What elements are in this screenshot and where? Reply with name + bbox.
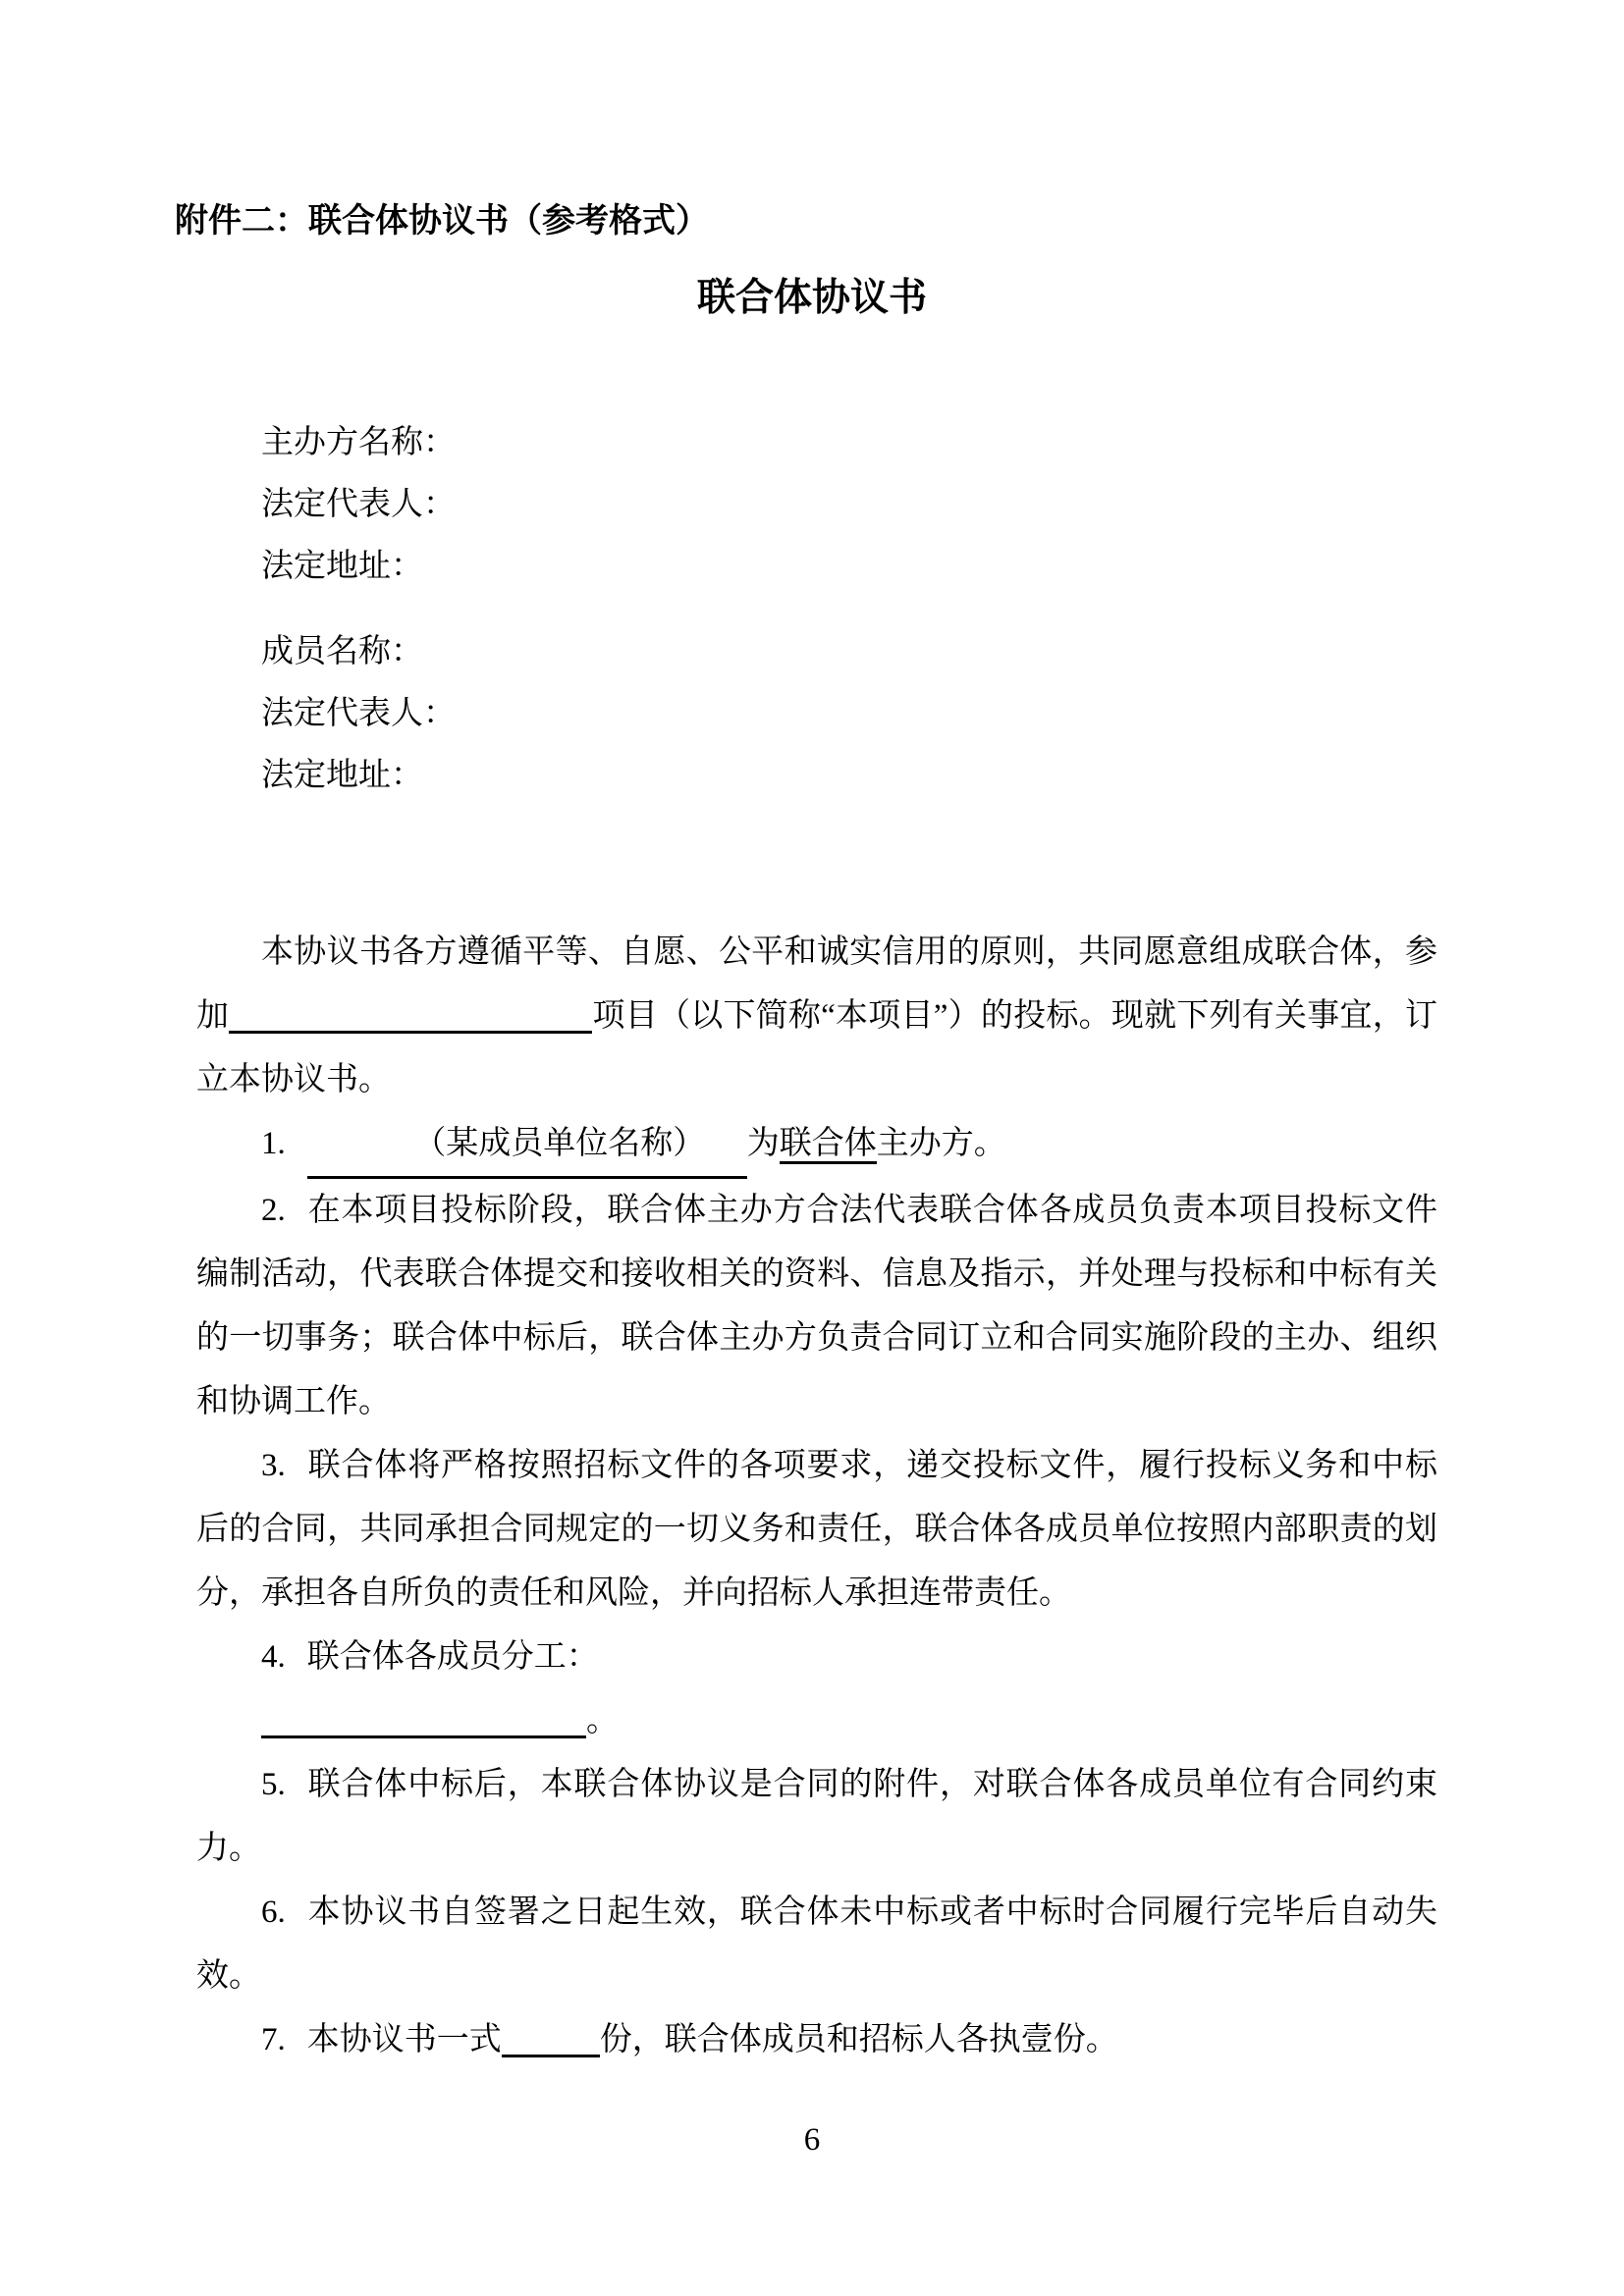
member-name-blank: （某成员单位名称） [307,1112,747,1179]
page-number: 6 [0,2120,1624,2160]
clause-1: 1.（某成员单位名称）为联合体主办方。 [196,1112,1437,1179]
clause-2-text: 在本项目投标阶段，联合体主办方合法代表联合体各成员负责本项目投标文件编制活动，代… [196,1193,1437,1419]
clause-7-text-after: 份，联合体成员和招标人各执壹份。 [600,2022,1118,2057]
attachment-heading: 附件二：联合体协议书（参考格式） [175,201,709,242]
project-name-blank [229,998,592,1034]
clause-3: 3.联合体将严格按照招标文件的各项要求，递交投标文件，履行投标义务和中标后的合同… [196,1434,1437,1626]
clause-5: 5.联合体中标后，本联合体协议是合同的附件，对联合体各成员单位有合同约束力。 [196,1753,1437,1881]
clause-6-number: 6. [261,1895,286,1930]
clause-3-number: 3. [261,1448,286,1483]
clause-1-underlined: 联合体 [780,1126,877,1164]
agreement-body: 本协议书各方遵循平等、自愿、公平和诚实信用的原则，共同愿意组成联合体，参加项目（… [196,921,1437,2072]
clause-4-blank-line: 。 [196,1689,1437,1753]
clause-5-text: 联合体中标后，本联合体协议是合同的附件，对联合体各成员单位有合同约束力。 [196,1767,1437,1866]
clause-7-number: 7. [261,2022,286,2057]
clause-6-text: 本协议书自签署之日起生效，联合体未中标或者中标时合同履行完毕后自动失效。 [196,1895,1437,1994]
document-title: 联合体协议书 [0,276,1624,321]
clause-5-number: 5. [261,1767,286,1802]
member-address-label: 法定地址： [261,745,456,807]
parties-block: 主办方名称： 法定代表人： 法定地址： 成员名称： 法定代表人： 法定地址： [261,412,456,807]
clause-6: 6.本协议书自签署之日起生效，联合体未中标或者中标时合同履行完毕后自动失效。 [196,1881,1437,2008]
clause-4-text: 联合体各成员分工： [307,1639,599,1675]
preamble-paragraph: 本协议书各方遵循平等、自愿、公平和诚实信用的原则，共同愿意组成联合体，参加项目（… [196,921,1437,1112]
clause-4: 4.联合体各成员分工： [196,1626,1437,1689]
division-blank [261,1703,586,1738]
clause-2: 2.在本项目投标阶段，联合体主办方合法代表联合体各成员负责本项目投标文件编制活动… [196,1179,1437,1434]
member-name-blank-label: （某成员单位名称） [413,1126,705,1161]
clause-1-mid: 为 [747,1126,780,1161]
copies-blank [502,2022,600,2057]
clause-7: 7.本协议书一式份，联合体成员和招标人各执壹份。 [196,2008,1437,2072]
member-name-label: 成员名称： [261,621,456,683]
clause-1-number: 1. [261,1126,286,1161]
document-page: 附件二：联合体协议书（参考格式） 联合体协议书 主办方名称： 法定代表人： 法定… [0,0,1624,2296]
clause-3-text: 联合体将严格按照招标文件的各项要求，递交投标文件，履行投标义务和中标后的合同，共… [196,1448,1437,1611]
clause-2-number: 2. [261,1193,286,1228]
member-rep-label: 法定代表人： [261,683,456,745]
lead-name-label: 主办方名称： [261,412,456,474]
clause-1-tail: 主办方。 [877,1126,1006,1161]
lead-address-label: 法定地址： [261,536,456,598]
lead-rep-label: 法定代表人： [261,474,456,536]
clause-4-number: 4. [261,1639,286,1675]
party-group-spacer [261,598,456,621]
clause-4-blank-suffix: 。 [586,1703,619,1738]
clause-7-text-before: 本协议书一式 [307,2022,502,2057]
